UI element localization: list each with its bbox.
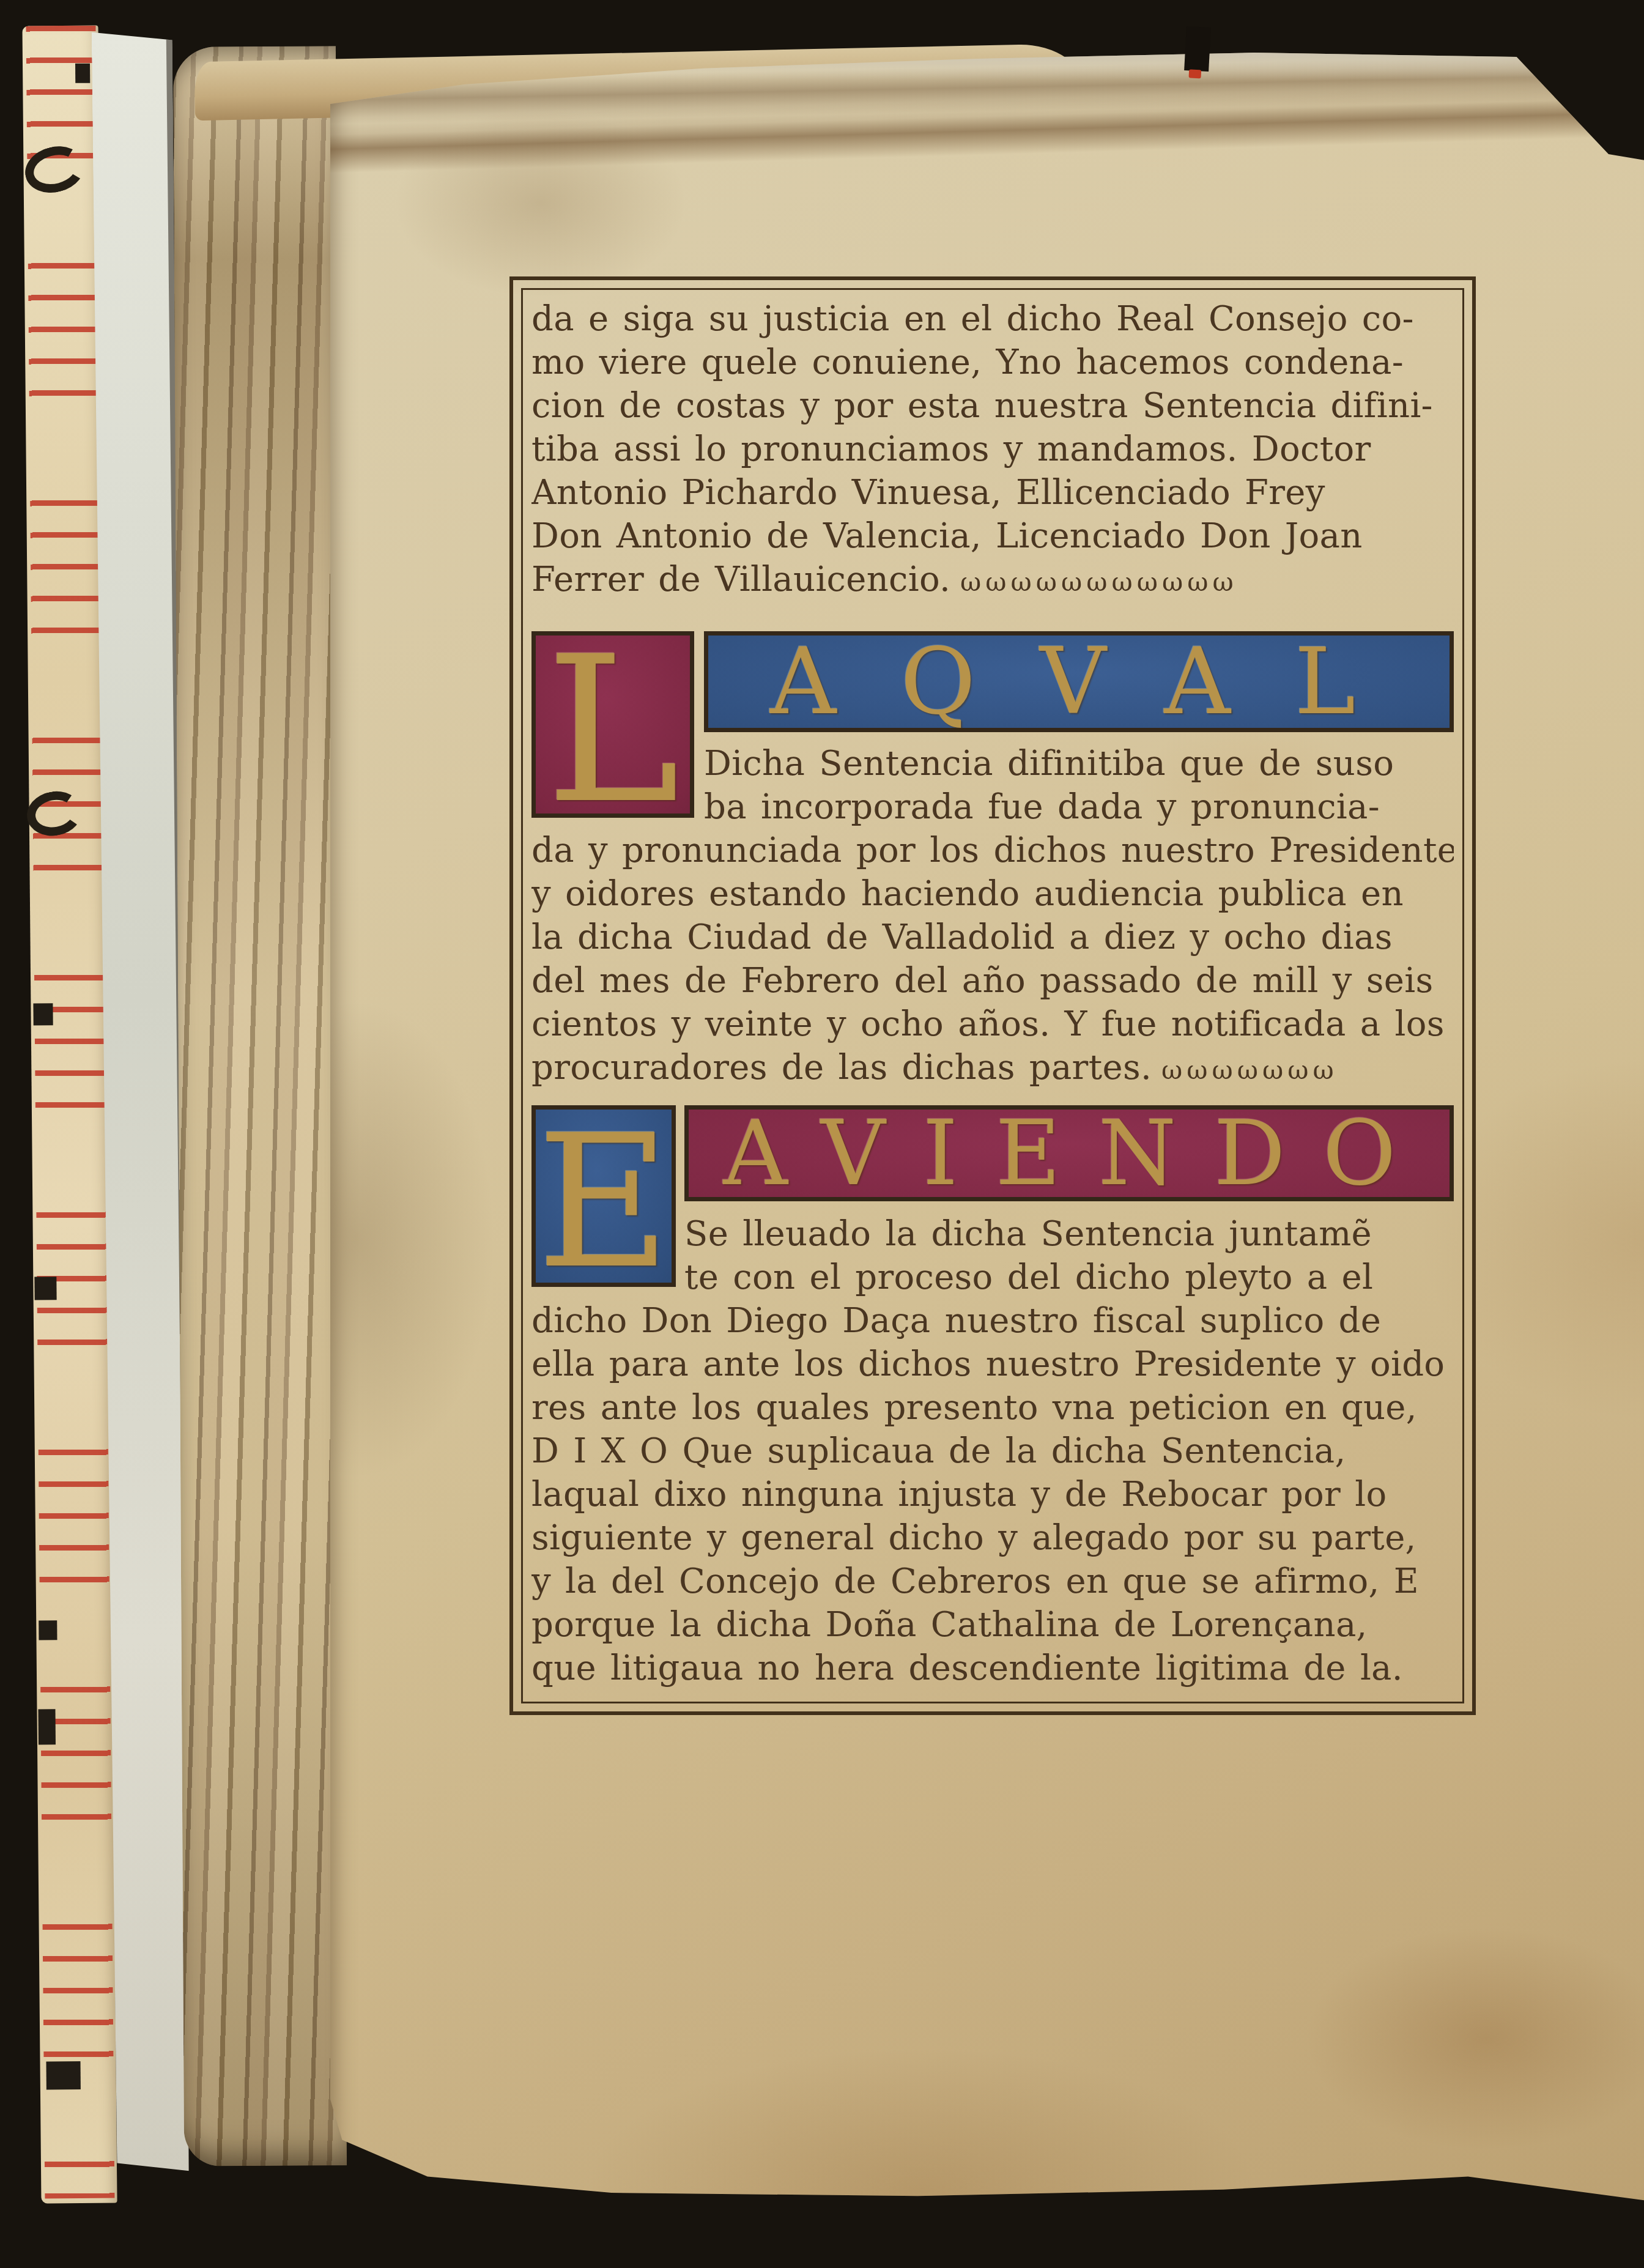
manuscript-line: del mes de Febrero del año passado de mi… <box>531 959 1454 1002</box>
manuscript-line: tiba assi lo pronunciamos y mandamos. Do… <box>531 428 1454 471</box>
manuscript-line: da e siga su justicia en el dicho Real C… <box>531 297 1454 341</box>
pen-flourish: ωωωωωωωωωωω <box>960 567 1238 597</box>
manuscript-text-block: da e siga su justicia en el dicho Real C… <box>531 297 1454 1697</box>
manuscript-line: Antonio Pichardo Vinuesa, Ellicenciado F… <box>531 471 1454 514</box>
red-edge-mark <box>1189 69 1202 78</box>
manuscript-line: cion de costas y por esta nuestra Senten… <box>531 384 1454 428</box>
initial-letter: E <box>537 1124 671 1280</box>
illuminated-heading-aviendo: E AVIENDO <box>531 1105 1454 1201</box>
manuscript-line: D I X O Que suplicaua de la dicha Senten… <box>531 1429 1454 1473</box>
manuscript-line: la dicha Ciudad de Valladolid a diez y o… <box>531 916 1454 959</box>
stem-bar-icon <box>38 1709 56 1744</box>
manuscript-line: y oidores estando haciendo audiencia pub… <box>531 872 1454 916</box>
manuscript-line-text: Ferrer de Villauicencio. <box>531 560 950 599</box>
illuminated-initial-L: L <box>531 631 694 818</box>
neume-square-icon <box>46 2061 81 2089</box>
manuscript-line: mo viere quele conuiene, Yno hacemos con… <box>531 341 1454 384</box>
initial-letter: L <box>546 645 679 817</box>
manuscript-photo: da e siga su justicia en el dicho Real C… <box>0 0 1644 2268</box>
manuscript-line: Don Antonio de Valencia, Licenciado Don … <box>531 514 1454 558</box>
neume-square-icon <box>34 1277 56 1300</box>
illuminated-initial-E: E <box>531 1105 676 1287</box>
manuscript-line: res ante los quales presento vna peticio… <box>531 1386 1454 1429</box>
top-edge-gap <box>1184 26 1211 72</box>
illuminated-heading-laqual: L AQVAL <box>531 631 1454 732</box>
manuscript-line-text: procuradores de las dichas partes. <box>531 1048 1152 1088</box>
heading-band-aqval: AQVAL <box>704 631 1454 732</box>
text-frame-border: da e siga su justicia en el dicho Real C… <box>509 276 1476 1715</box>
manuscript-line: cientos y veinte y ocho años. Y fue noti… <box>531 1002 1454 1046</box>
manuscript-line: y la del Concejo de Cebreros en que se a… <box>531 1560 1454 1603</box>
paragraph-1: da e siga su justicia en el dicho Real C… <box>531 297 1454 601</box>
heading-word: AVIENDO <box>705 1109 1434 1198</box>
neume-square-icon <box>75 64 90 83</box>
manuscript-line: porque la dicha Doña Cathalina de Lorenç… <box>531 1603 1454 1647</box>
manuscript-line: procuradores de las dichas partes.ωωωωωω… <box>531 1046 1454 1089</box>
manuscript-line: que litigaua no hera descendiente ligiti… <box>531 1647 1454 1690</box>
pen-flourish: ωωωωωωω <box>1161 1055 1338 1085</box>
neume-square-icon <box>39 1620 57 1640</box>
neume-square-icon <box>33 1003 53 1025</box>
page-edges-stack <box>173 46 347 2166</box>
manuscript-line: ella para ante los dichos nuestro Presid… <box>531 1343 1454 1386</box>
text-frame-inner-border: da e siga su justicia en el dicho Real C… <box>521 288 1464 1703</box>
manuscript-line: Ferrer de Villauicencio.ωωωωωωωωωωω <box>531 558 1454 601</box>
manuscript-line: laqual dixo ninguna injusta y de Rebocar… <box>531 1473 1454 1516</box>
manuscript-line: siguiente y general dicho y alegado por … <box>531 1516 1454 1560</box>
heading-band-aviendo: AVIENDO <box>684 1105 1454 1201</box>
heading-word: AQVAL <box>738 636 1420 728</box>
